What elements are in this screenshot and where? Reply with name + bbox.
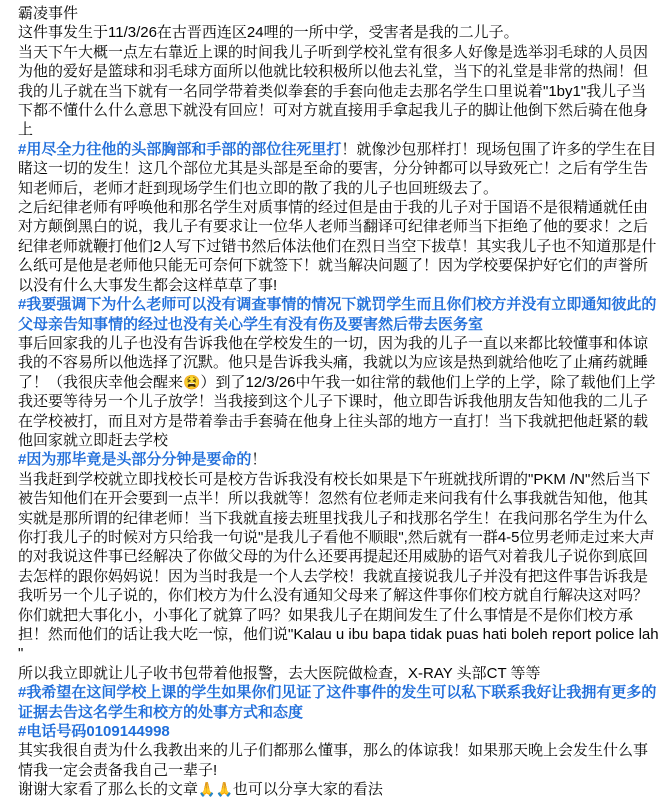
text-run: 之后纪律老师有呼唤他和那名学生对质事情的经过但是由于我的儿子对于国语不是很精通就… [18, 199, 656, 294]
folded-hands-emoji: 🙏 [198, 781, 215, 797]
text-run: 这件事发生于11/3/26在古晋西连区24哩的一所中学，受害者是我的二儿子。 [18, 24, 519, 41]
post-paragraph: #我要强调下为什么老师可以没有调查事情的情况下就罚学生而且你们校方并没有立即通知… [18, 295, 661, 334]
tired-face-emoji: 😫 [183, 374, 200, 390]
post-paragraphs: 这件事发生于11/3/26在古晋西连区24哩的一所中学，受害者是我的二儿子。当天… [18, 23, 661, 799]
text-run: 也可以分享大家的看法 [233, 781, 383, 798]
hashtag-link[interactable]: #我要强调下为什么老师可以没有调查事情的情况下就罚学生而且你们校方并没有立即通知… [18, 296, 656, 332]
post-paragraph: 之后纪律老师有呼唤他和那名学生对质事情的经过但是由于我的儿子对于国语不是很精通就… [18, 198, 661, 295]
post-title: 霸凌事件 [18, 4, 661, 23]
post-paragraph: 其实我很自责为什么我教出来的儿子们都那么懂事，那么的体谅我！如果那天晚上会发生什… [18, 741, 661, 780]
text-run: 其实我很自责为什么我教出来的儿子们都那么懂事，那么的体谅我！如果那天晚上会发生什… [18, 742, 648, 778]
text-run: 谢谢大家看了那么长的文章 [18, 781, 198, 798]
folded-hands-emoji: 🙏 [215, 781, 232, 797]
post-paragraph: 当天下午大概一点左右靠近上课的时间我儿子听到学校礼堂有很多人好像是选举羽毛球的人… [18, 43, 661, 140]
text-run: 当天下午大概一点左右靠近上课的时间我儿子听到学校礼堂有很多人好像是选举羽毛球的人… [18, 44, 648, 139]
hashtag-link[interactable]: #电话号码0109144998 [18, 723, 170, 740]
text-run: 当我赶到学校就立即找校长可是校方告诉我没有校长如果是下午班就找所谓的"PKM /… [18, 471, 659, 663]
hashtag-link[interactable]: #用尽全力往他的头部胸部和手部的部位往死里打 [18, 141, 341, 158]
text-run: ！ [251, 451, 266, 468]
post-paragraph: 当我赶到学校就立即找校长可是校方告诉我没有校长如果是下午班就找所谓的"PKM /… [18, 470, 661, 664]
post-paragraph: #用尽全力往他的头部胸部和手部的部位往死里打！就像沙包那样打！现场包围了许多的学… [18, 140, 661, 198]
hashtag-link[interactable]: #我希望在这间学校上课的学生如果你们见证了这件事件的发生可以私下联系我好让我拥有… [18, 684, 656, 720]
post-paragraph: 这件事发生于11/3/26在古晋西连区24哩的一所中学，受害者是我的二儿子。 [18, 23, 661, 42]
text-run: 所以我立即就让儿子收书包带着他报警，去大医院做检查，X-RAY 头部CT 等等 [18, 665, 541, 682]
post-paragraph: #因为那毕竟是头部分分钟是要命的！ [18, 450, 661, 469]
post-paragraph: 所以我立即就让儿子收书包带着他报警，去大医院做检查，X-RAY 头部CT 等等 [18, 664, 661, 683]
post-paragraph: #我希望在这间学校上课的学生如果你们见证了这件事件的发生可以私下联系我好让我拥有… [18, 683, 661, 722]
post-paragraph: #电话号码0109144998 [18, 722, 661, 741]
hashtag-link[interactable]: #因为那毕竟是头部分分钟是要命的 [18, 451, 251, 468]
post-paragraph: 谢谢大家看了那么长的文章🙏🙏也可以分享大家的看法 [18, 780, 661, 799]
post-paragraph: 事后回家我的儿子也没有告诉我他在学校发生的一切，因为我的儿子一直以来都比较懂事和… [18, 334, 661, 450]
post-body: 霸凌事件 这件事发生于11/3/26在古晋西连区24哩的一所中学，受害者是我的二… [0, 0, 672, 812]
